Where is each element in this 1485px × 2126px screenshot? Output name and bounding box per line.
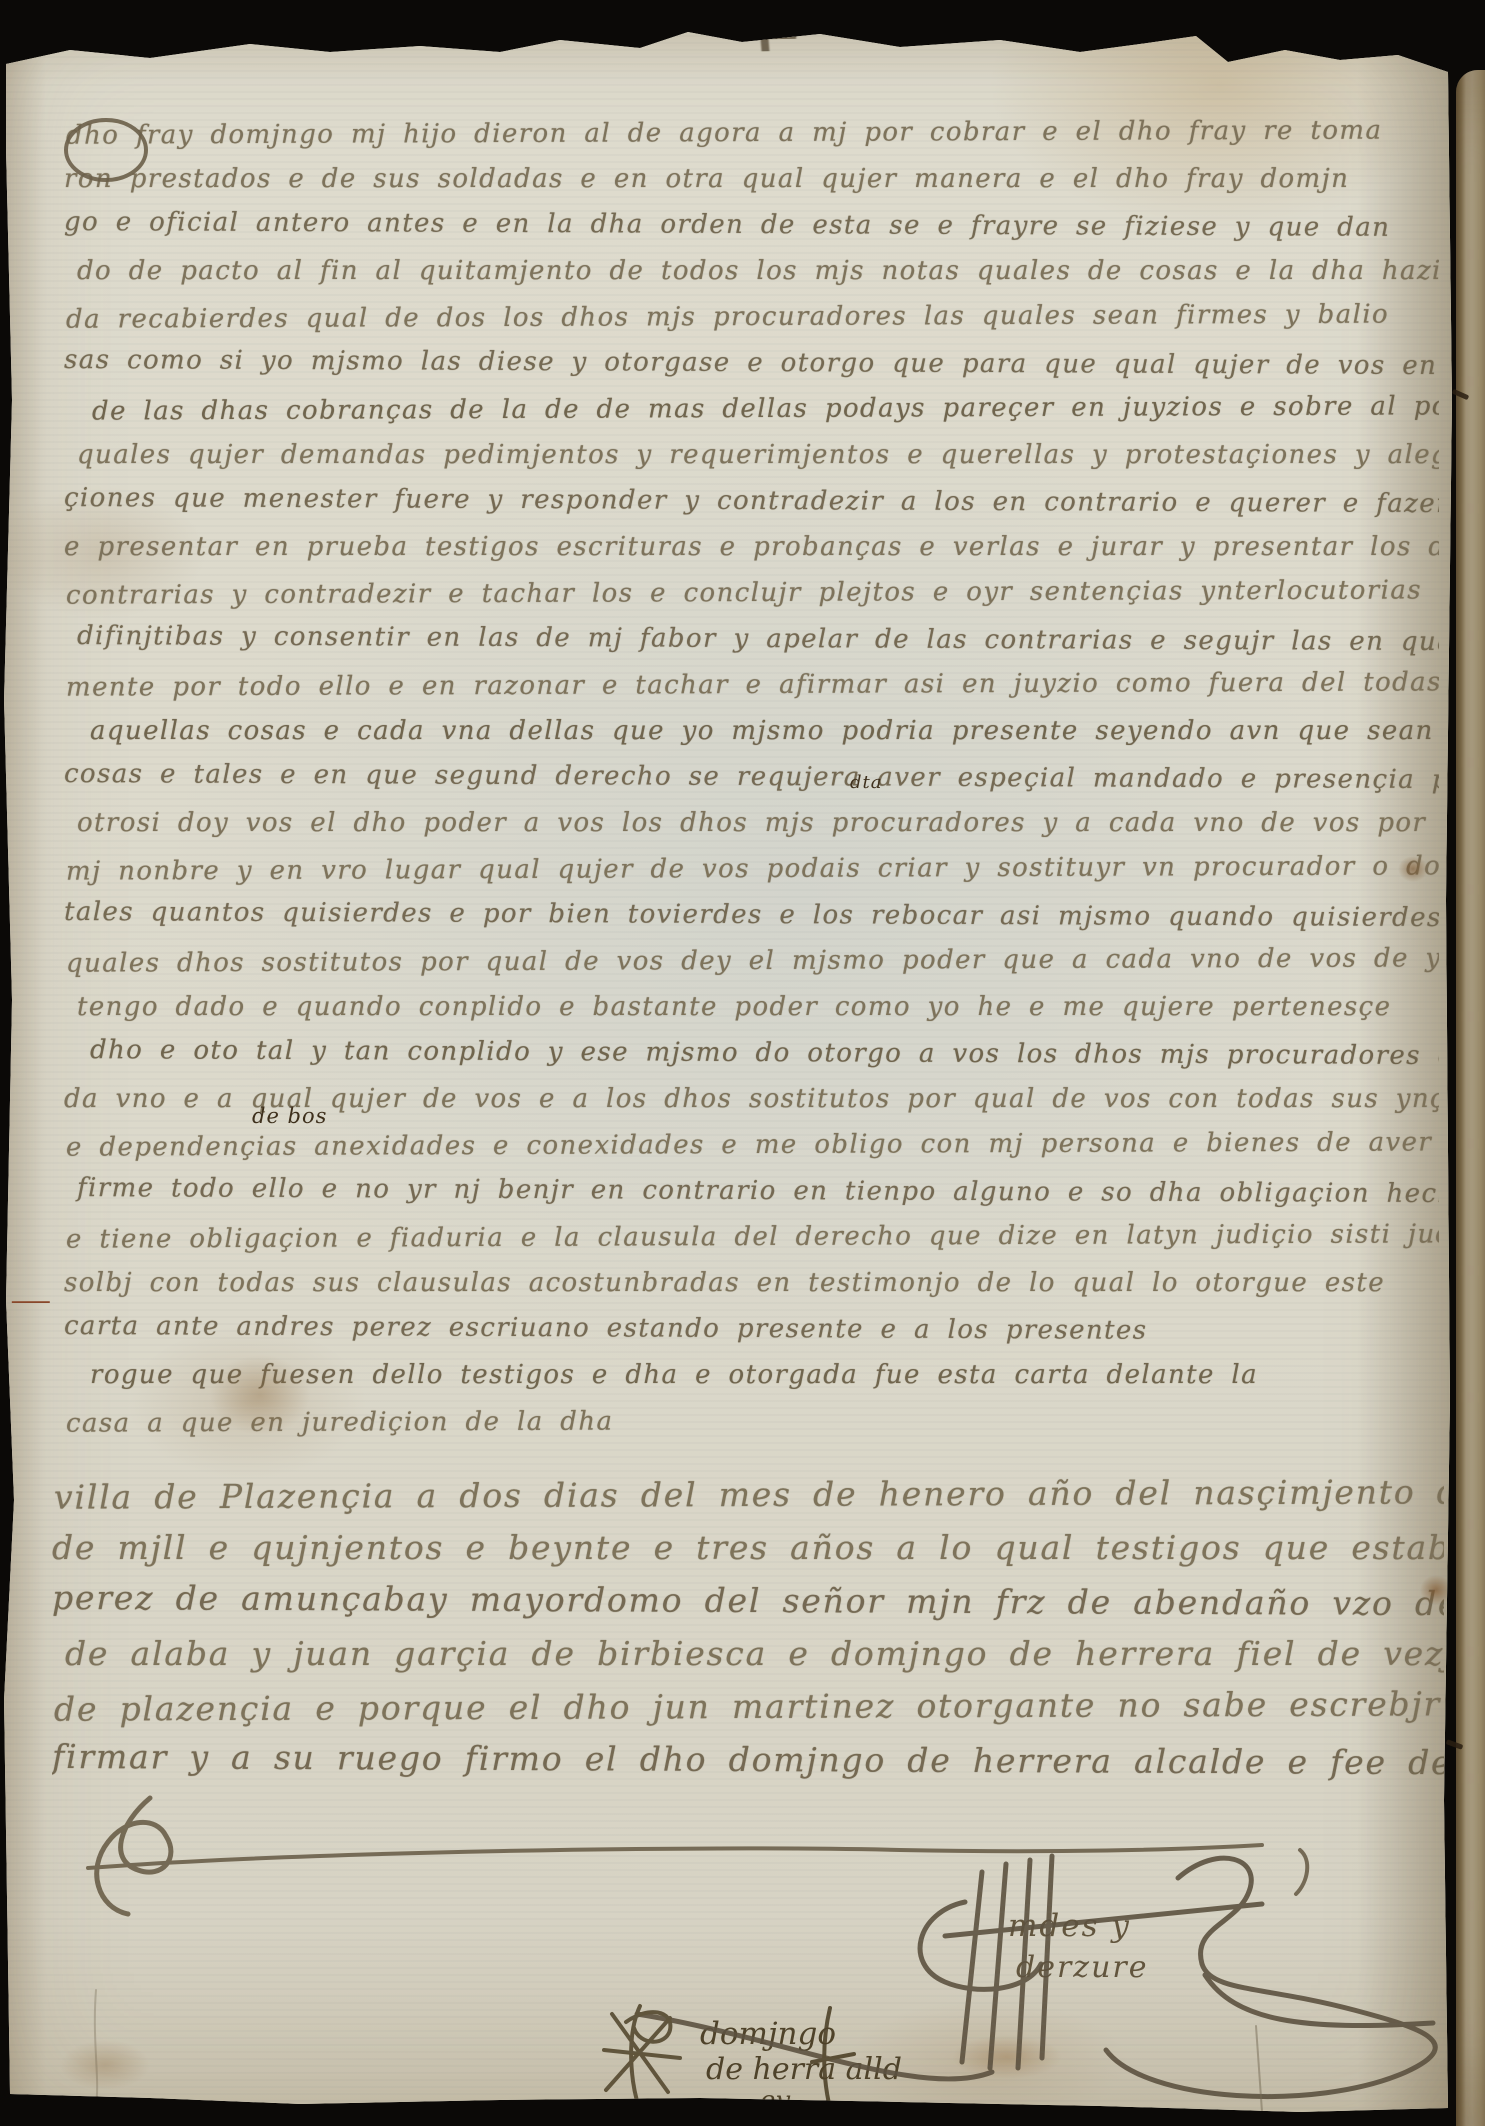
next-folio-edge [1456,70,1485,2126]
manuscript-line: cosas e tales e en que segund derecho se… [64,751,1439,803]
crease-line [95,1990,97,2104]
manuscript-line: contrarias y contradezir e tachar los e … [66,567,1439,618]
manuscript-line: villa de Plazençia a dos dias del mes de… [54,1468,1444,1524]
manuscript-upper-text: dho fray domjngo mj hijo dieron al de ag… [64,110,1439,1444]
manuscript-line: e tiene obligaçion e fiaduria e la claus… [66,1211,1439,1262]
manuscript-page: + dho fray domjngo mj hijo dieron al de … [0,0,1452,2126]
manuscript-line: dho e oto tal y tan conplido y ese mjsmo… [64,1027,1439,1079]
opening-flourish [66,120,146,180]
ink-stain [952,2035,1062,2079]
manuscript-line: quales dhos sostitutos por qual de vos d… [66,935,1439,986]
manuscript-line: otrosi doy vos el dho poder a vos los dh… [64,800,1439,846]
manuscript-line: mente por todo ello e en razonar e tacha… [66,659,1439,710]
closing-rule-left-paraph [97,1798,171,1914]
alcalde-rubric [812,2008,854,2122]
manuscript-line: da recabierdes qual de dos los dhos mjs … [66,291,1439,342]
manuscript-line: perez de amunçabay mayordomo del señor m… [52,1571,1444,1630]
manuscript-line: aquellas cosas e cada vna dellas que yo … [64,708,1439,754]
star-flourish [604,2006,680,2116]
ink-stain [60,2040,150,2090]
manuscript-line: e dependençias anexidades e conexidades … [66,1119,1439,1170]
manuscript-line: quales qujer demandas pedimjentos y requ… [64,432,1439,478]
manuscript-line: tengo dado e quando conplido e bastante … [64,984,1439,1030]
manuscript-line: firmar y a su ruego firmo el dho domjngo… [52,1730,1444,1786]
manuscript-line: rogue que fuesen dello testigos e dha e … [64,1352,1439,1398]
manuscript-line: ron prestados e de sus soldadas e en otr… [64,156,1439,202]
manuscript-line: da vno e a qual qujer de vos e a los dho… [64,1076,1439,1122]
manuscript-line: e presentar en prueba testigos escritura… [64,524,1439,570]
manuscript-line: casa a que en jurediçion de la dha [66,1395,1439,1444]
alcalde-signature-text: ey [760,2086,790,2116]
notary-signature-text: mdes y [1008,1908,1131,1944]
crease-line [1256,2026,1263,2126]
manuscript-line: do de pacto al fin al quitamjento de tod… [64,248,1439,294]
signature-rubric [637,1856,1435,2097]
notary-signature-text: derzure [1016,1950,1149,1985]
manuscript-line: tales quantos quisierdes e por bien tovi… [64,889,1439,941]
manuscript-line: çiones que menester fuere y responder y … [64,475,1439,527]
manuscript-line: firme todo ello e no yr nj benjr en cont… [64,1165,1439,1217]
scan-background: + dho fray domjngo mj hijo dieron al de … [0,0,1485,2126]
manuscript-line: de mjll e qujnjentos e beynte e tres año… [52,1521,1444,1574]
pen-flourish-overlay [0,0,1452,2126]
invocation-cross-mark: + [720,11,809,63]
interlinear-insertion: dta [850,772,883,793]
manuscript-line: mj nonbre y en vro lugar qual qujer de v… [66,843,1439,894]
manuscript-line: de plazençia e porque el dho jun martine… [54,1677,1444,1735]
interlinear-insertion: de bos [252,1104,327,1128]
manuscript-line: de alaba y juan garçia de birbiesca e do… [52,1627,1444,1680]
manuscript-line: solbj con todas sus clausulas acostunbra… [64,1260,1439,1306]
ink-stain [210,1355,310,1435]
closing-rule [88,1845,1262,1868]
manuscript-line: de las dhas cobranças de la de de mas de… [66,383,1439,434]
closing-rule-right-hook [1296,1850,1307,1894]
alcalde-signature-text: domjngo [700,2016,836,2052]
manuscript-lower-text: villa de Plazençia a dos dias del mes de… [52,1468,1444,1786]
manuscript-line: dho fray domjngo mj hijo dieron al de ag… [66,110,1439,159]
ink-stain [1420,1575,1452,1605]
ink-stain [1398,856,1428,882]
manuscript-line: difinjtibas y consentir en las de mj fab… [64,613,1439,665]
manuscript-line: go e oficial antero antes e en la dha or… [64,199,1439,251]
manuscript-line: sas como si yo mjsmo las diese y otorgas… [64,337,1439,389]
manuscript-line: carta ante andres perez escriuano estand… [64,1303,1439,1355]
alcalde-signature-text: de herra alld [706,2052,902,2087]
margin-dash-mark: — [10,1286,52,1316]
